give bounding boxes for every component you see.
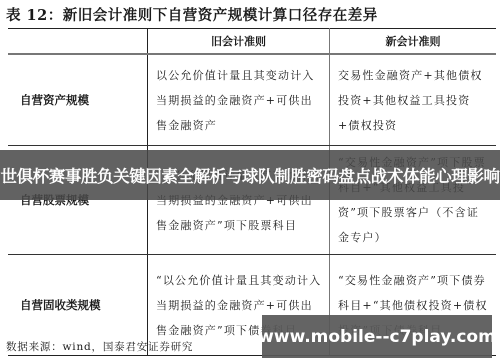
row-label: 自营资产规模	[8, 54, 148, 146]
old-standard-cell: 以公允价值计量且其变动计入当期损益的金融资产+可供出售金融资产	[148, 54, 330, 146]
table-header-row: 旧会计准则 新会计准则	[8, 29, 496, 55]
watermark-text: www.mobile--c7play.com	[258, 327, 496, 347]
header-old-standard: 旧会计准则	[148, 29, 330, 55]
headline-overlay-banner: 世俱杯赛事胜负关键因素全解析与球队制胜密码盘点战术体能心理影响	[0, 150, 500, 200]
table-row: 自营资产规模 以公允价值计量且其变动计入当期损益的金融资产+可供出售金融资产 交…	[8, 54, 496, 146]
new-standard-cell: 交易性金融资产+其他债权投资+其他权益工具投资+债权投资	[330, 54, 497, 146]
header-empty	[8, 29, 148, 55]
data-source-note: 数据来源：wind，国泰君安证券研究	[6, 339, 193, 354]
header-new-standard: 新会计准则	[330, 29, 497, 55]
headline-text: 世俱杯赛事胜负关键因素全解析与球队制胜密码盘点战术体能心理影响	[0, 163, 499, 187]
watermark-box: www.mobile--c7play.com	[262, 315, 492, 358]
table-title: 表 12：新旧会计准则下自营资产规模计算口径存在差异	[6, 4, 378, 25]
